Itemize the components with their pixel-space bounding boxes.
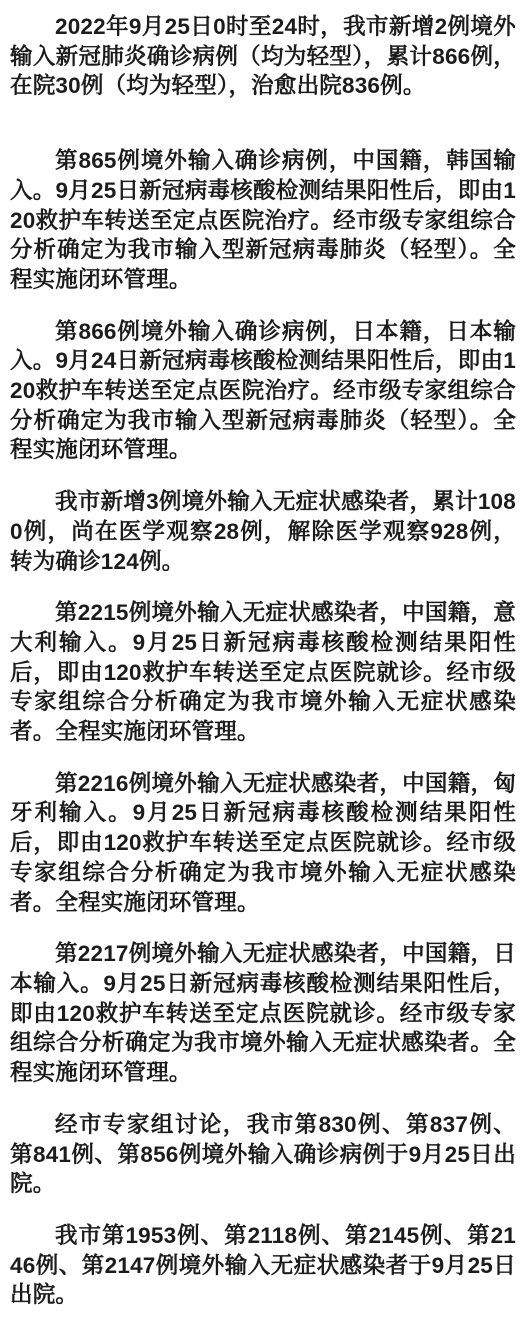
paragraph-case-865: 第865例境外输入确诊病例，中国籍，韩国输入。9月25日新冠病毒核酸检测结果阳性…: [10, 146, 516, 295]
paragraph-case-2216: 第2216例境外输入无症状感染者，中国籍，匈牙利输入。9月25日新冠病毒核酸检测…: [10, 769, 516, 918]
paragraph-daily-summary-confirmed: 2022年9月25日0时至24时，我市新增2例境外输入新冠肺炎确诊病例（均为轻型…: [10, 12, 516, 101]
paragraph-case-866: 第866例境外输入确诊病例，日本籍，日本输入。9月24日新冠病毒核酸检测结果阳性…: [10, 317, 516, 466]
paragraph-case-2217: 第2217例境外输入无症状感染者，中国籍，日本输入。9月25日新冠病毒核酸检测结…: [10, 939, 516, 1088]
paragraph-daily-summary-asymptomatic: 我市新增3例境外输入无症状感染者，累计1080例，尚在医学观察28例，解除医学观…: [10, 487, 516, 576]
paragraph-discharged-asymptomatic: 我市第1953例、第2118例、第2145例、第2146例、第2147例境外输入…: [10, 1221, 516, 1310]
paragraph-case-2215: 第2215例境外输入无症状感染者，中国籍，意大利输入。9月25日新冠病毒核酸检测…: [10, 598, 516, 747]
article-page: { "page": { "background_color": "#ffffff…: [0, 0, 527, 1310]
article-body: 2022年9月25日0时至24时，我市新增2例境外输入新冠肺炎确诊病例（均为轻型…: [0, 0, 527, 1310]
paragraph-discharged-confirmed: 经市专家组讨论，我市第830例、第837例、第841例、第856例境外输入确诊病…: [10, 1110, 516, 1199]
